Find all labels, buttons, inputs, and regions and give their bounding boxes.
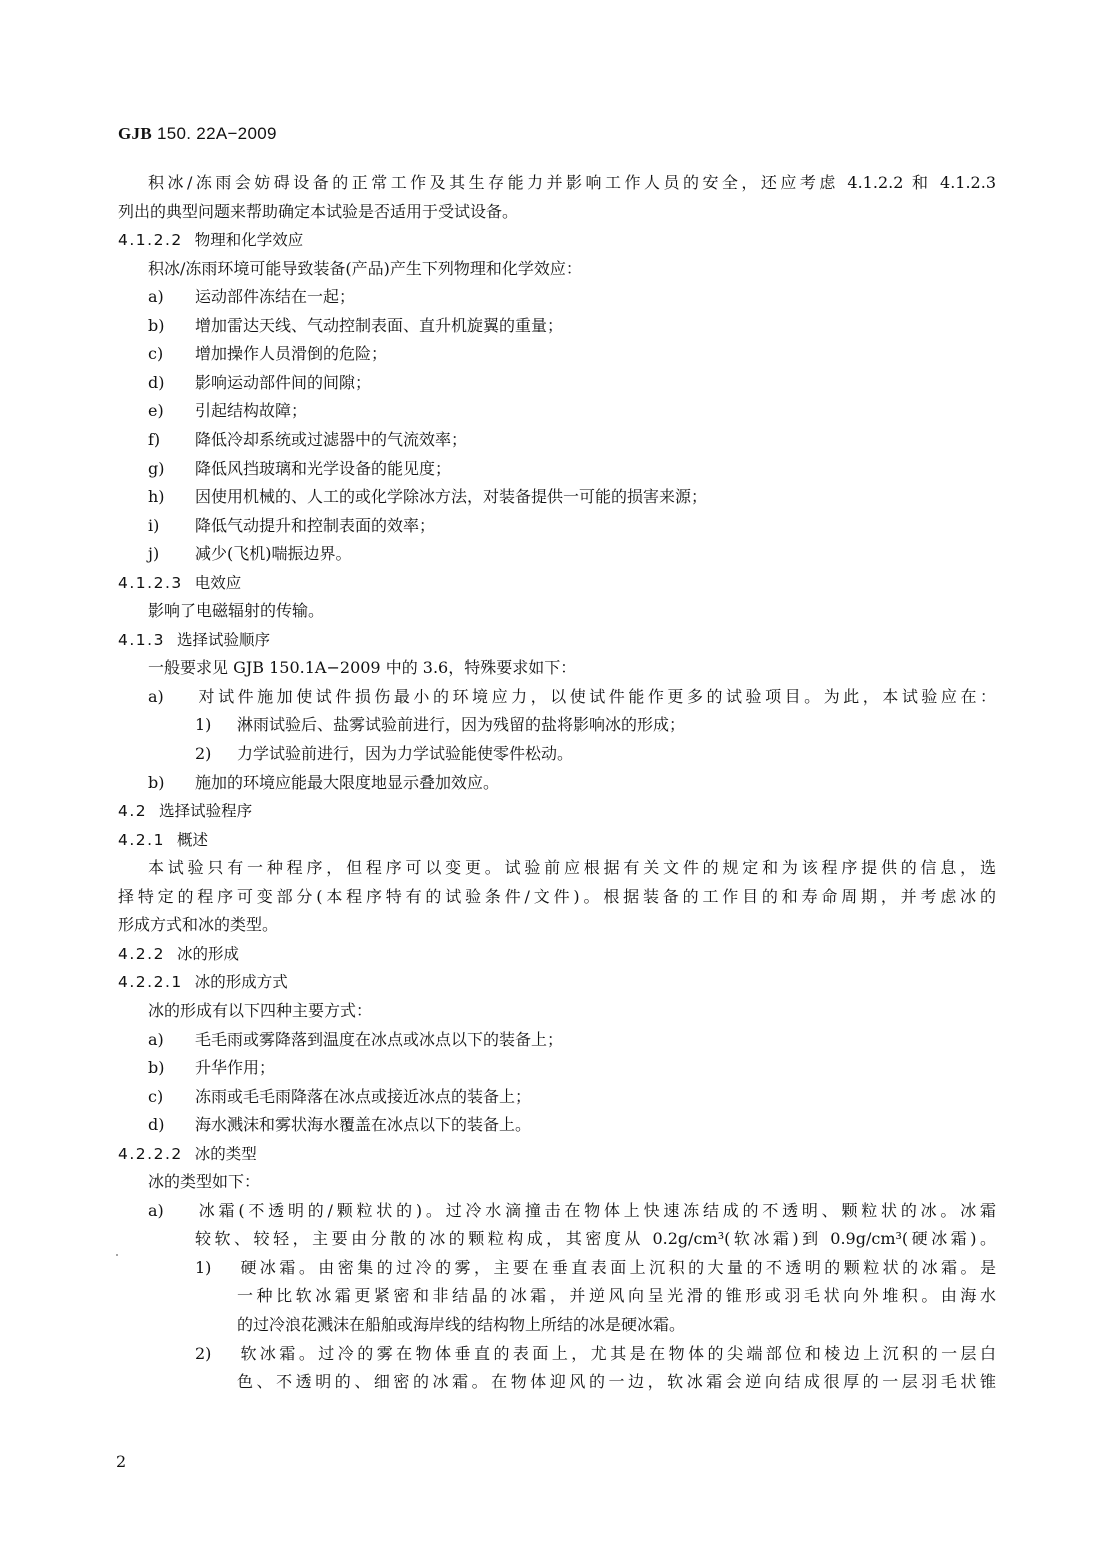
scan-speck xyxy=(116,1254,118,1256)
paragraph-line: 冰的形成有以下四种主要方式： xyxy=(148,1000,372,1022)
sub-list-item-text: 的过冷浪花溅沫在船舶或海岸线的结构物上所结的冰是硬冰霜。 xyxy=(237,1315,685,1334)
paragraph-text: 影响了电磁辐射的传输。 xyxy=(148,601,324,620)
paragraph-line: 一般要求见 GJB 150.1A−2009 中的 3.6，特殊要求如下： xyxy=(148,657,576,679)
page-number: 2 xyxy=(116,1452,126,1471)
list-item: c)冻雨或毛毛雨降落在冰点或接近冰点的装备上； xyxy=(148,1086,531,1108)
sub-list-item: 2)力学试验前进行，因为力学试验能使零件松动。 xyxy=(195,743,573,765)
section-title: 冰的形成 xyxy=(177,945,239,963)
list-item-label: a) xyxy=(148,1200,195,1222)
paragraph-text: 本试验只有一种程序，但程序可以变更。试验前应根据有关文件的规定和为该程序提供的信… xyxy=(148,858,996,877)
list-item-text: 增加操作人员滑倒的危险； xyxy=(195,344,387,363)
list-item-label: g) xyxy=(148,458,195,480)
list-item: b)增加雷达天线、气动控制表面、直升机旋翼的重量； xyxy=(148,315,563,337)
list-item-text: 减少(飞机)喘振边界。 xyxy=(195,544,352,563)
list-item-text: 影响运动部件间的间隙； xyxy=(195,373,371,392)
paragraph-line: 形成方式和冰的类型。 xyxy=(118,914,278,936)
sub-list-item-continuation: 色、不透明的、细密的冰霜。在物体迎风的一边，软冰霜会逆向结成很厚的一层羽毛状锥 xyxy=(237,1371,996,1393)
section-title: 物理和化学效应 xyxy=(195,231,304,249)
sub-list-item-continuation: 的过冷浪花溅沫在船舶或海岸线的结构物上所结的冰是硬冰霜。 xyxy=(237,1314,685,1336)
list-item: d)影响运动部件间的间隙； xyxy=(148,372,371,394)
list-item-text: 降低气动提升和控制表面的效率； xyxy=(195,516,435,535)
section-heading: 4.2.2.1冰的形成方式 xyxy=(118,971,288,993)
sub-list-item-text: 软冰霜。过冷的雾在物体垂直的表面上，尤其是在物体的尖端部位和棱边上沉积的一层白 xyxy=(237,1344,996,1363)
list-item-label: c) xyxy=(148,1086,195,1108)
list-item: h)因使用机械的、人工的或化学除冰方法，对装备提供一可能的损害来源； xyxy=(148,486,707,508)
section-heading: 4.2.2.2冰的类型 xyxy=(118,1143,257,1165)
section-title: 选择试验程序 xyxy=(159,802,252,820)
section-number: 4.1.2.3 xyxy=(118,572,183,594)
list-item: f)降低冷却系统或过滤器中的气流效率； xyxy=(148,429,467,451)
list-item-text: 冻雨或毛毛雨降落在冰点或接近冰点的装备上； xyxy=(195,1087,531,1106)
list-item-text: 冰霜(不透明的/颗粒状的)。过冷水滴撞击在物体上快速冻结成的不透明、颗粒状的冰。… xyxy=(195,1201,996,1220)
sub-list-item: 1)淋雨试验后、盐雾试验前进行，因为残留的盐将影响冰的形成； xyxy=(195,714,685,736)
list-item: d)海水溅沫和雾状海水覆盖在冰点以下的装备上。 xyxy=(148,1114,531,1136)
sub-list-item: 1)硬冰霜。由密集的过冷的雾，主要在垂直表面上沉积的大量的不透明的颗粒状的冰霜。… xyxy=(195,1257,996,1279)
list-item-label: i) xyxy=(148,515,195,537)
list-item: e)引起结构故障； xyxy=(148,400,307,422)
sub-list-item-label: 1) xyxy=(195,714,237,736)
section-heading: 4.2.1概述 xyxy=(118,829,208,851)
section-number: 4.2.2.2 xyxy=(118,1143,183,1165)
sub-list-item-label: 2) xyxy=(195,743,237,765)
paragraph-line: 冰的类型如下： xyxy=(148,1171,260,1193)
paragraph-line: 积冰/冻雨环境可能导致装备(产品)产生下列物理和化学效应： xyxy=(148,258,582,280)
list-item-label: a) xyxy=(148,286,195,308)
list-item-label: b) xyxy=(148,772,195,794)
list-item-text: 毛毛雨或雾降落到温度在冰点或冰点以下的装备上； xyxy=(195,1030,563,1049)
section-heading: 4.1.2.2物理和化学效应 xyxy=(118,229,303,251)
paragraph-line: 择特定的程序可变部分(本程序特有的试验条件/文件)。根据装备的工作目的和寿命周期… xyxy=(118,886,996,908)
list-item-text: 对试件施加使试件损伤最小的环境应力，以使试件能作更多的试验项目。为此，本试验应在… xyxy=(195,687,996,706)
sub-list-item-text: 淋雨试验后、盐雾试验前进行，因为残留的盐将影响冰的形成； xyxy=(237,715,685,734)
list-item-text: 因使用机械的、人工的或化学除冰方法，对装备提供一可能的损害来源； xyxy=(195,487,707,506)
list-item-label: b) xyxy=(148,315,195,337)
paragraph-text: 冰的类型如下： xyxy=(148,1172,260,1191)
section-title: 概述 xyxy=(177,831,208,849)
list-item-text: 引起结构故障； xyxy=(195,401,307,420)
section-number: 4.2 xyxy=(118,800,147,822)
list-item-text: 增加雷达天线、气动控制表面、直升机旋翼的重量； xyxy=(195,316,563,335)
list-item: a)毛毛雨或雾降落到温度在冰点或冰点以下的装备上； xyxy=(148,1029,563,1051)
sub-list-item-text: 一种比软冰霜更紧密和非结晶的冰霜，并逆风向呈光滑的锥形或羽毛状向外堆积。由海水 xyxy=(237,1286,996,1305)
list-item-label: c) xyxy=(148,343,195,365)
list-item: a)冰霜(不透明的/颗粒状的)。过冷水滴撞击在物体上快速冻结成的不透明、颗粒状的… xyxy=(148,1200,996,1222)
list-item-continuation: 较软、较轻，主要由分散的冰的颗粒构成，其密度从 0.2g/cm³(软冰霜)到 0… xyxy=(195,1228,996,1250)
section-number: 4.1.2.2 xyxy=(118,229,183,251)
section-number: 4.1.3 xyxy=(118,629,165,651)
section-title: 冰的类型 xyxy=(195,1145,257,1163)
section-number: 4.2.2 xyxy=(118,943,165,965)
paragraph-text: 积冰/冻雨环境可能导致装备(产品)产生下列物理和化学效应： xyxy=(148,259,582,278)
paragraph-text: 择特定的程序可变部分(本程序特有的试验条件/文件)。根据装备的工作目的和寿命周期… xyxy=(118,887,996,906)
sub-list-item: 2)软冰霜。过冷的雾在物体垂直的表面上，尤其是在物体的尖端部位和棱边上沉积的一层… xyxy=(195,1343,996,1365)
section-heading: 4.1.2.3电效应 xyxy=(118,572,241,594)
paragraph-line: 本试验只有一种程序，但程序可以变更。试验前应根据有关文件的规定和为该程序提供的信… xyxy=(148,857,996,879)
list-item-text: 降低风挡玻璃和光学设备的能见度； xyxy=(195,459,451,478)
paragraph-line: 积冰/冻雨会妨碍设备的正常工作及其生存能力并影响工作人员的安全，还应考虑 4.1… xyxy=(148,172,996,194)
sub-list-item-text: 硬冰霜。由密集的过冷的雾，主要在垂直表面上沉积的大量的不透明的颗粒状的冰霜。是 xyxy=(237,1258,996,1277)
list-item-label: a) xyxy=(148,686,195,708)
section-number: 4.2.2.1 xyxy=(118,971,183,993)
list-item: i)降低气动提升和控制表面的效率； xyxy=(148,515,435,537)
section-title: 冰的形成方式 xyxy=(195,973,288,991)
sub-list-item-text: 色、不透明的、细密的冰霜。在物体迎风的一边，软冰霜会逆向结成很厚的一层羽毛状锥 xyxy=(237,1372,996,1391)
paragraph-text: 一般要求见 GJB 150.1A−2009 中的 3.6，特殊要求如下： xyxy=(148,658,576,677)
list-item-label: b) xyxy=(148,1057,195,1079)
list-item-label: d) xyxy=(148,372,195,394)
list-item-text: 降低冷却系统或过滤器中的气流效率； xyxy=(195,430,467,449)
list-item: a)对试件施加使试件损伤最小的环境应力，以使试件能作更多的试验项目。为此，本试验… xyxy=(148,686,996,708)
section-title: 电效应 xyxy=(195,574,242,592)
list-item: b)升华作用； xyxy=(148,1057,275,1079)
sub-list-item-label: 2) xyxy=(195,1343,237,1365)
list-item-label: d) xyxy=(148,1114,195,1136)
list-item-text: 运动部件冻结在一起； xyxy=(195,287,355,306)
section-title: 选择试验顺序 xyxy=(177,631,270,649)
section-heading: 4.2选择试验程序 xyxy=(118,800,252,822)
paragraph-line: 列出的典型问题来帮助确定本试验是否适用于受试设备。 xyxy=(118,201,518,223)
list-item: a)运动部件冻结在一起； xyxy=(148,286,355,308)
sub-list-item-continuation: 一种比软冰霜更紧密和非结晶的冰霜，并逆风向呈光滑的锥形或羽毛状向外堆积。由海水 xyxy=(237,1285,996,1307)
list-item-label: h) xyxy=(148,486,195,508)
section-number: 4.2.1 xyxy=(118,829,165,851)
list-item-text: 较软、较轻，主要由分散的冰的颗粒构成，其密度从 0.2g/cm³(软冰霜)到 0… xyxy=(195,1229,996,1248)
list-item: c)增加操作人员滑倒的危险； xyxy=(148,343,387,365)
paragraph-text: 形成方式和冰的类型。 xyxy=(118,915,278,934)
list-item-label: j) xyxy=(148,543,195,565)
list-item: b)施加的环境应能最大限度地显示叠加效应。 xyxy=(148,772,499,794)
paragraph-line: 影响了电磁辐射的传输。 xyxy=(148,600,324,622)
section-heading: 4.1.3选择试验顺序 xyxy=(118,629,270,651)
list-item-label: e) xyxy=(148,400,195,422)
list-item: g)降低风挡玻璃和光学设备的能见度； xyxy=(148,458,451,480)
document-page: GJB 150. 22A−2009 积冰/冻雨会妨碍设备的正常工作及其生存能力并… xyxy=(0,0,1103,1561)
list-item-text: 施加的环境应能最大限度地显示叠加效应。 xyxy=(195,773,499,792)
standard-prefix: GJB xyxy=(118,124,152,143)
list-item: j)减少(飞机)喘振边界。 xyxy=(148,543,352,565)
paragraph-text: 积冰/冻雨会妨碍设备的正常工作及其生存能力并影响工作人员的安全，还应考虑 4.1… xyxy=(148,173,996,192)
standard-number-header: GJB 150. 22A−2009 xyxy=(118,124,277,144)
standard-number: 150. 22A−2009 xyxy=(157,124,277,143)
paragraph-text: 冰的形成有以下四种主要方式： xyxy=(148,1001,372,1020)
list-item-label: f) xyxy=(148,429,195,451)
sub-list-item-label: 1) xyxy=(195,1257,237,1279)
list-item-text: 海水溅沫和雾状海水覆盖在冰点以下的装备上。 xyxy=(195,1115,531,1134)
paragraph-text: 列出的典型问题来帮助确定本试验是否适用于受试设备。 xyxy=(118,202,518,221)
sub-list-item-text: 力学试验前进行，因为力学试验能使零件松动。 xyxy=(237,744,573,763)
section-heading: 4.2.2冰的形成 xyxy=(118,943,239,965)
list-item-text: 升华作用； xyxy=(195,1058,275,1077)
list-item-label: a) xyxy=(148,1029,195,1051)
